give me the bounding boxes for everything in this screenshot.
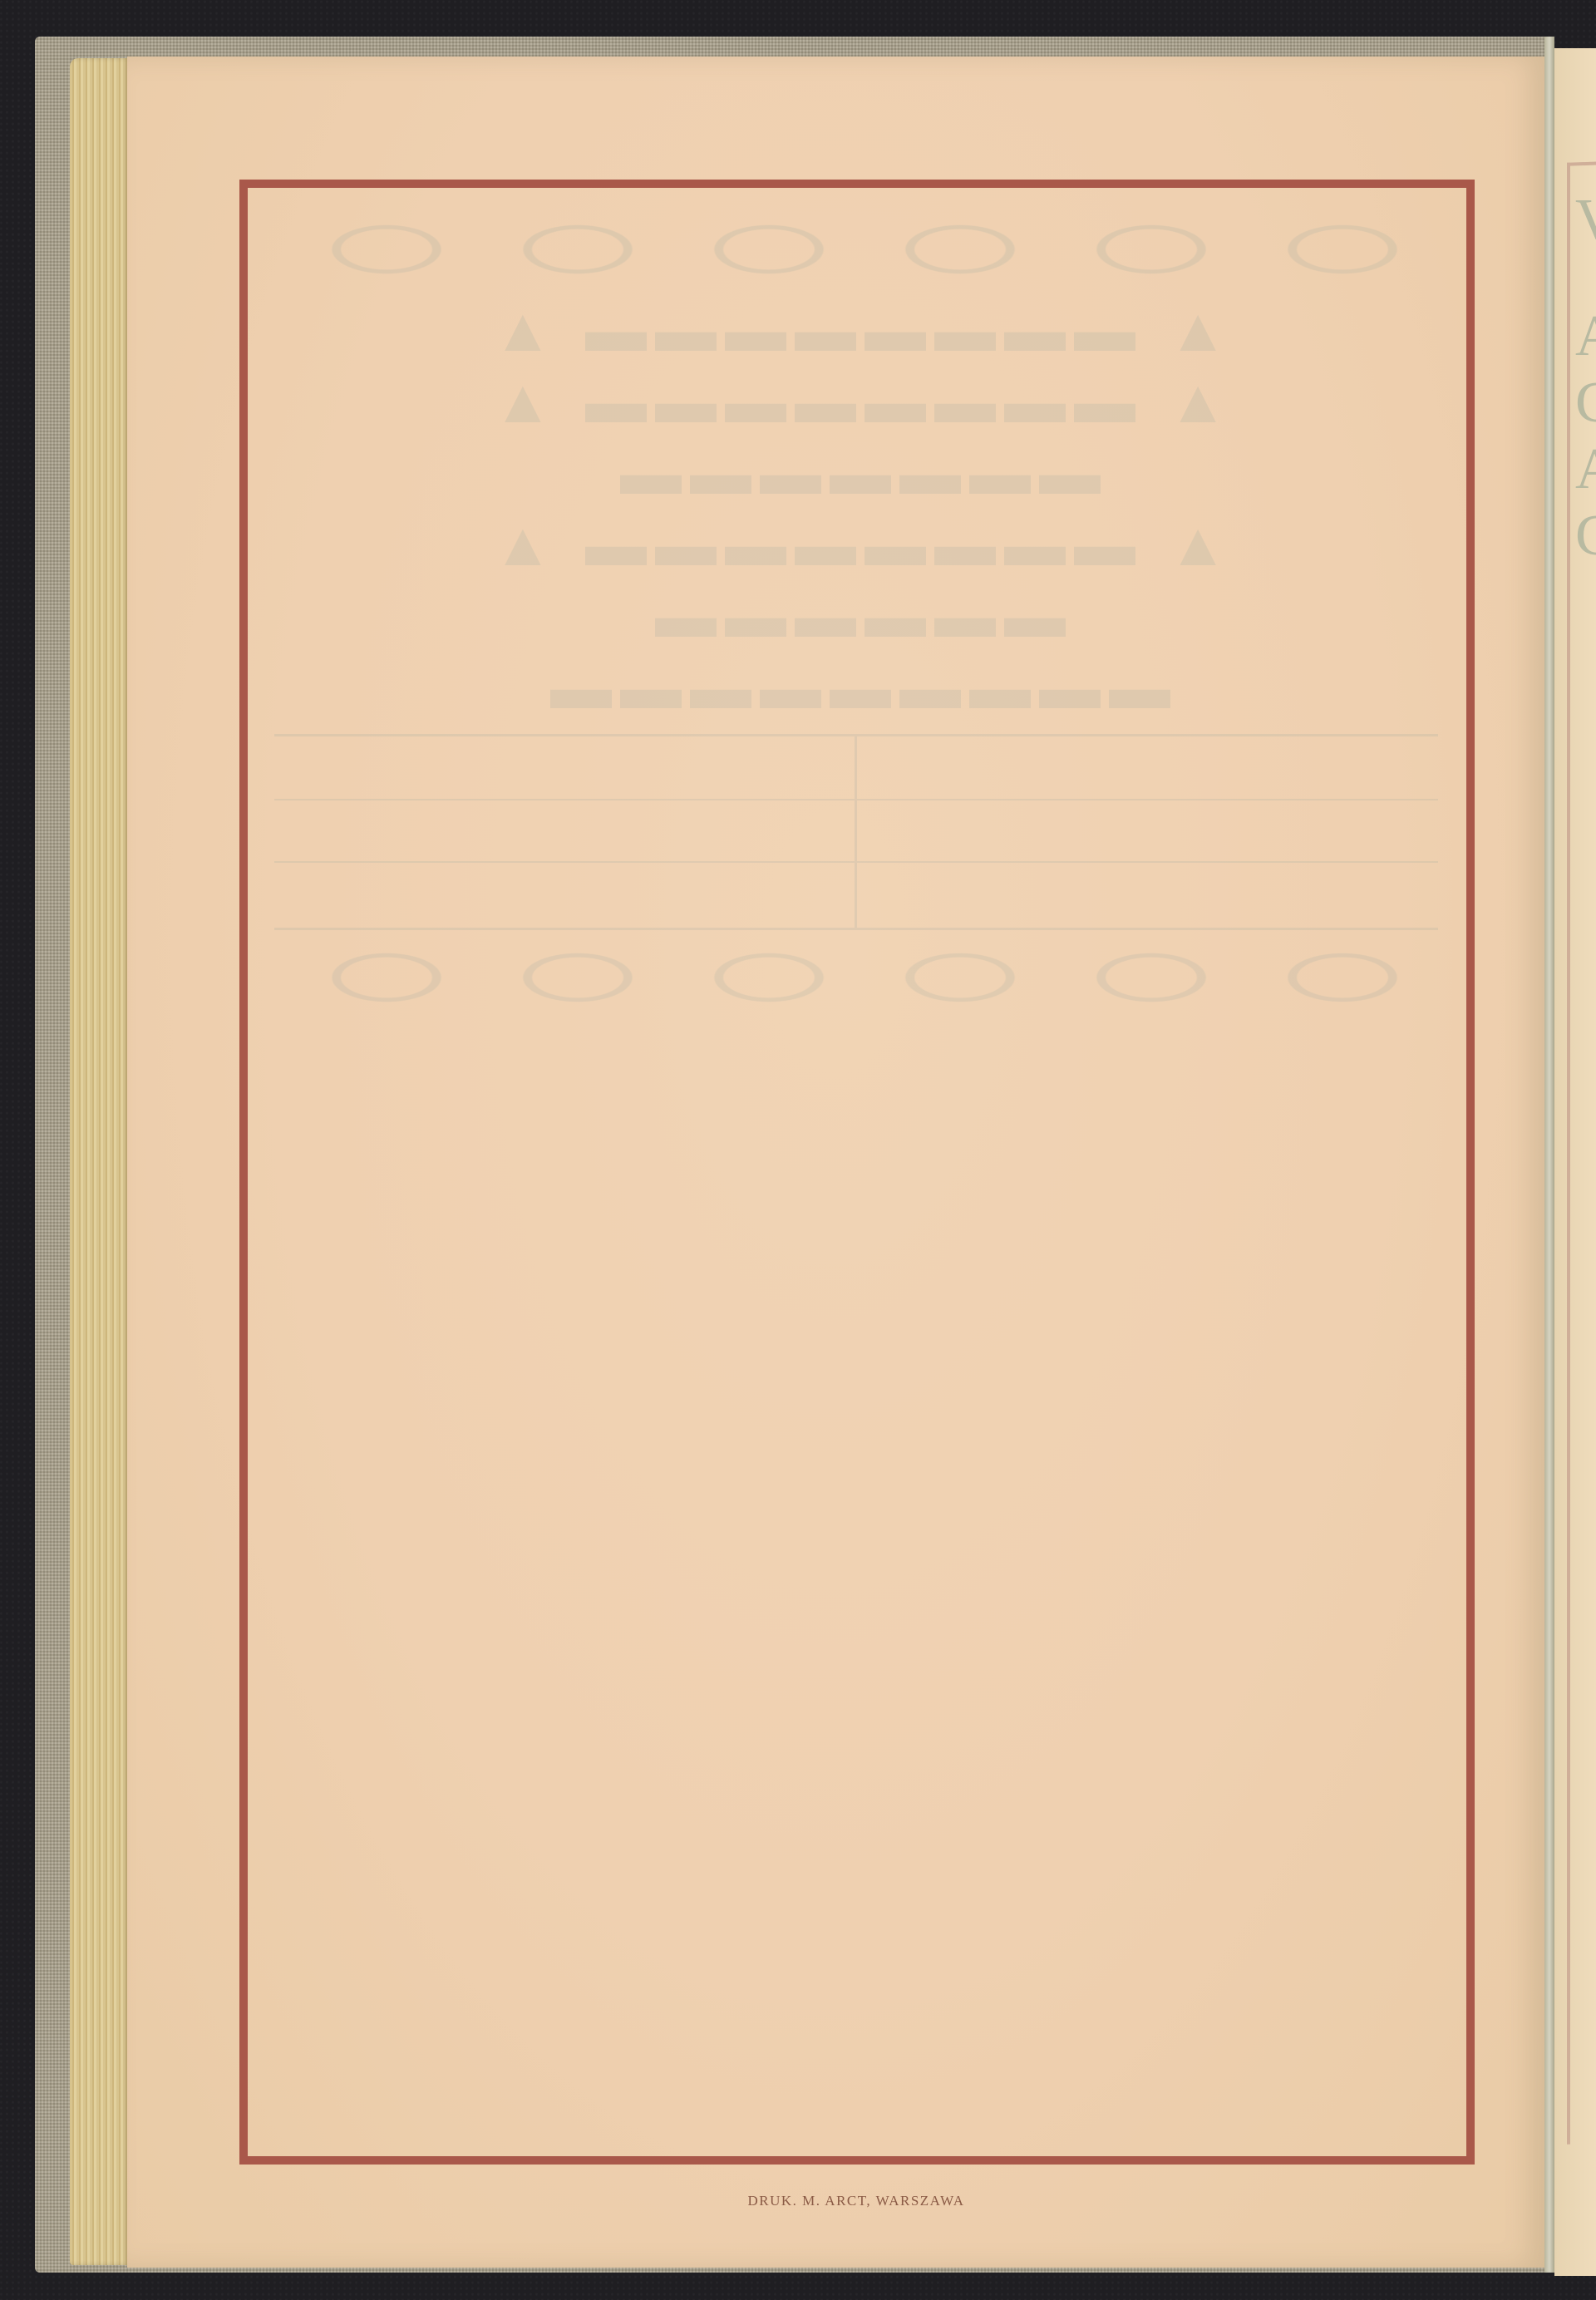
adjacent-page-letter: V: [1575, 191, 1596, 249]
adjacent-page-letter: A: [1575, 441, 1596, 499]
page-edge-stack: [70, 58, 130, 2265]
imprint-text: DRUK. M. ARCT, WARSZAWA: [747, 2193, 964, 2209]
book-gutter: [1544, 37, 1554, 2273]
adjacent-page-letter: A: [1575, 308, 1596, 366]
printer-imprint: DRUK. M. ARCT, WARSZAWA: [0, 2193, 1596, 2209]
adjacent-page-letter: C: [1575, 507, 1596, 565]
adjacent-page-letter: C: [1575, 374, 1596, 432]
decorative-page-frame: [239, 180, 1475, 2165]
